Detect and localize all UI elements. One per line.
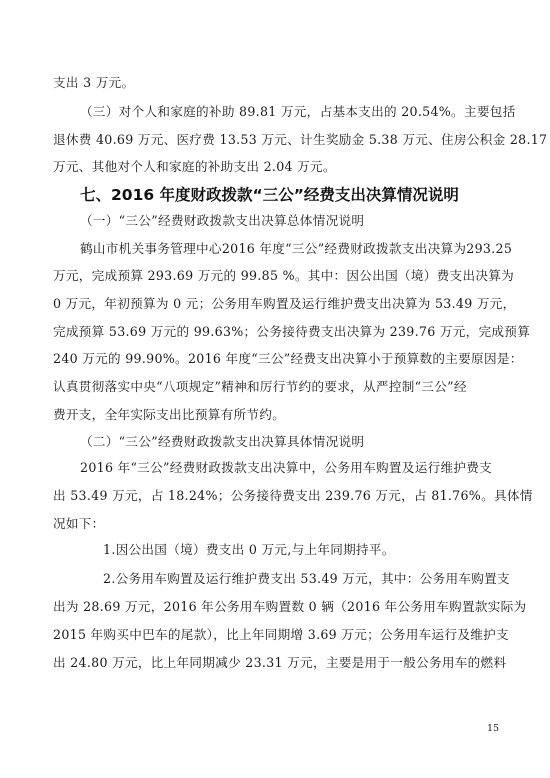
paragraph-line: 出 53.49 万元，占 18.24%；公务接待费支出 239.76 万元，占 …: [53, 488, 533, 504]
paragraph-line: 支出 3 万元。: [53, 75, 134, 91]
paragraph-line: 完成预算 53.69 万元的 99.63%；公务接待费支出决算为 239.76 …: [53, 324, 530, 340]
paragraph-line: 出 24.80 万元，比上年同期减少 23.31 万元，主要是用于一般公务用车的…: [53, 655, 506, 671]
paragraph-line: 2016 年“三公”经费财政拨款支出决算中，公务用车购置及运行维护费支: [80, 460, 492, 476]
subsection-heading: （一）“三公”经费财政拨款支出决算总体情况说明: [80, 213, 364, 229]
paragraph-line: 2015 年购买中巴车的尾款），比上年同期增 3.69 万元；公务用车运行及维护…: [53, 627, 509, 643]
paragraph-line: 况如下：: [53, 516, 105, 532]
paragraph-line: 万元、其他对个人和家庭的补助支出 2.04 万元。: [53, 159, 336, 175]
list-item: 2.公务用车购置及运行维护费支出 53.49 万元，其中：公务用车购置支: [103, 571, 510, 587]
paragraph-line: 退休费 40.69 万元、医疗费 13.53 万元、计生奖励金 5.38 万元、…: [53, 132, 547, 148]
page-number: 15: [487, 723, 499, 734]
paragraph-line: 万元，完成预算 293.69 万元的 99.85 %。其中：因公出国（境）费支出…: [53, 268, 514, 284]
paragraph-line: （三）对个人和家庭的补助 89.81 万元，占基本支出的 20.54%。主要包括: [80, 104, 516, 120]
paragraph-line: 出为 28.69 万元，2016 年公务用车购置数 0 辆（2016 年公务用车…: [53, 599, 526, 615]
paragraph-line: 鹤山市机关事务管理中心2016 年度“三公”经费财政拨款支出决算为293.25: [80, 241, 512, 257]
paragraph-line: 0 万元，年初预算为 0 元；公务用车购置及运行维护费支出决算为 53.49 万…: [53, 296, 516, 312]
paragraph-line: 费开支，全年实际支出比预算有所节约。: [53, 407, 285, 423]
section-heading: 七、2016 年度财政拨款“三公”经费支出决算情况说明: [80, 186, 459, 204]
list-item: 1.因公出国（境）费支出 0 万元,与上年同期持平。: [103, 542, 395, 558]
paragraph-line: 认真贯彻落实中央“八项规定”精神和厉行节约的要求，从严控制“三公”经: [53, 379, 467, 395]
subsection-heading: （二）“三公”经费财政拨款支出决算具体情况说明: [80, 434, 364, 450]
paragraph-line: 240 万元的 99.90%。2016 年度“三公”经费支出决算小于预算数的主要…: [53, 351, 523, 367]
